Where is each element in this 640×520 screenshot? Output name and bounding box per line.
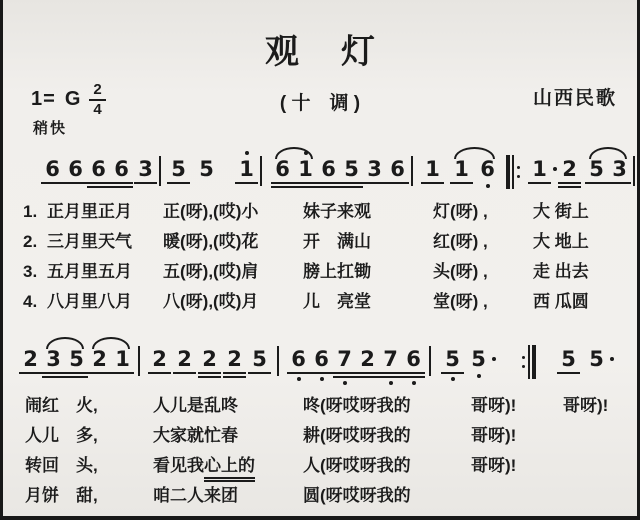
lyric-cell: 月饼 甜, bbox=[25, 481, 153, 506]
beam-line bbox=[317, 186, 340, 188]
beam-line bbox=[585, 182, 608, 184]
lyric-cell: 膀上扛锄 bbox=[303, 257, 433, 282]
lyric-cell: 正月里正月 bbox=[47, 197, 163, 222]
note-digit: 1 bbox=[531, 158, 548, 180]
beam-line bbox=[87, 186, 110, 188]
barline bbox=[260, 156, 262, 186]
repeat-dots bbox=[517, 166, 520, 178]
lyric-cell: 大家就忙春 bbox=[153, 421, 303, 446]
verse-number: 4. bbox=[23, 292, 47, 312]
lyric-cell: 头(呀) , bbox=[433, 257, 533, 282]
music-line-1: 666635516165361161253 bbox=[41, 144, 640, 198]
octave-dot-high bbox=[245, 151, 249, 155]
source-label: 山西民歌 bbox=[533, 83, 617, 110]
beam-line bbox=[333, 376, 356, 378]
barline bbox=[429, 346, 431, 376]
beam-line bbox=[65, 376, 88, 378]
lyric-cell: 儿 亮堂 bbox=[303, 287, 433, 312]
slur-group: 35 bbox=[42, 348, 88, 388]
barline bbox=[159, 156, 161, 186]
lyric-cell: 哥呀)! bbox=[471, 451, 563, 476]
note-digit: 6 bbox=[320, 158, 337, 180]
note-digit: 2 bbox=[201, 348, 218, 370]
octave-dot-low bbox=[412, 381, 416, 385]
note-digit: 3 bbox=[366, 158, 383, 180]
beam-line bbox=[110, 186, 133, 188]
slur-arc bbox=[92, 337, 130, 349]
lyric-cell: 五(呀),(哎)肩 bbox=[163, 257, 303, 282]
note: 2 bbox=[226, 348, 243, 388]
beam-line bbox=[87, 182, 110, 184]
beam-line bbox=[294, 186, 317, 188]
note-digit: 1 bbox=[238, 158, 255, 180]
lyric-cell: 哥呀)! bbox=[563, 391, 631, 416]
beam-line bbox=[223, 372, 246, 374]
note-digit: 6 bbox=[405, 348, 422, 370]
note: 5 bbox=[251, 348, 268, 388]
note-digit: 3 bbox=[611, 158, 628, 180]
note: 6 bbox=[67, 158, 84, 198]
note: 5 bbox=[588, 348, 605, 388]
lyric-row: 4.八月里八月八(呀),(哎)月儿 亮堂堂(呀) ,西 瓜圆 bbox=[3, 287, 631, 317]
repeat-dot bbox=[522, 356, 525, 359]
note: 5 bbox=[198, 158, 215, 198]
lyric-cell: 人(呀哎呀我的 bbox=[303, 451, 471, 476]
beam-line bbox=[340, 182, 363, 184]
note: 6 bbox=[313, 348, 330, 388]
beam-line bbox=[65, 372, 88, 374]
note: 1 bbox=[297, 158, 314, 198]
beam-line bbox=[294, 182, 317, 184]
lyric-row: 2.三月里天气暖(呀),(哎)花开 满山红(呀) ,大 地上 bbox=[3, 227, 631, 257]
lyric-cell: 看见我心上的 bbox=[153, 451, 303, 482]
note-digit: 6 bbox=[67, 158, 84, 180]
note-digit: 3 bbox=[45, 348, 62, 370]
note-digit: 5 bbox=[343, 158, 360, 180]
lyric-cell: 闹红 火, bbox=[25, 391, 153, 416]
lyric-cell: 圆(呀哎呀我的 bbox=[303, 481, 471, 506]
repeat-begin-sign bbox=[505, 155, 522, 189]
beam-line bbox=[111, 372, 134, 374]
note-digit: 1 bbox=[453, 158, 470, 180]
underlined-lyric: 心上的 bbox=[204, 456, 255, 482]
note: 2 bbox=[151, 348, 168, 388]
note-digit: 2 bbox=[151, 348, 168, 370]
beam-line bbox=[167, 182, 190, 184]
beam-line bbox=[41, 182, 64, 184]
beam-line bbox=[173, 372, 196, 374]
beam-line bbox=[421, 182, 444, 184]
note-digit: 2 bbox=[359, 348, 376, 370]
lyric-row: 1.正月里正月正(呀),(哎)小妹子来观灯(呀) ,大 街上 bbox=[3, 197, 631, 227]
note: 1 bbox=[424, 158, 441, 198]
note: 1 bbox=[531, 158, 548, 198]
note: 6 bbox=[290, 348, 307, 388]
lyric-cell: 五月里五月 bbox=[47, 257, 163, 282]
slur-group: 61 bbox=[271, 158, 317, 198]
note: 3 bbox=[611, 158, 628, 198]
beam-line bbox=[198, 376, 221, 378]
verse-number: 3. bbox=[23, 262, 47, 282]
note-digit: 5 bbox=[170, 158, 187, 180]
beam-line bbox=[248, 372, 271, 374]
beam-line bbox=[557, 372, 580, 374]
repeat-thin-bar bbox=[512, 155, 514, 189]
note: 5 bbox=[170, 158, 187, 198]
note: 5 bbox=[343, 158, 360, 198]
lyric-cell: 开 满山 bbox=[303, 227, 433, 252]
sheet-music-page: 观灯 1= G 2 4 ( 十 调 ) 山西民歌 稍快 666635516165… bbox=[0, 0, 640, 520]
lyric-cell: 红(呀) , bbox=[433, 227, 533, 252]
beam-line bbox=[64, 182, 87, 184]
note: 6 bbox=[405, 348, 422, 388]
note-digit: 5 bbox=[588, 158, 605, 180]
beam-line bbox=[379, 372, 402, 374]
barline bbox=[633, 156, 635, 186]
note-digit: 2 bbox=[226, 348, 243, 370]
note-digit: 5 bbox=[470, 348, 487, 370]
note-digit: 3 bbox=[137, 158, 154, 180]
beam-line bbox=[148, 372, 171, 374]
note-digit: 2 bbox=[91, 348, 108, 370]
note: 5 bbox=[470, 348, 487, 388]
note-digit: 5 bbox=[68, 348, 85, 370]
note: 6 bbox=[274, 158, 291, 198]
note-digit: 6 bbox=[479, 158, 496, 180]
music-line-2: 23521222256672765555 bbox=[19, 334, 640, 388]
lyric-cell: 暖(呀),(哎)花 bbox=[163, 227, 303, 252]
beam-line bbox=[42, 372, 65, 374]
slur-arc bbox=[589, 147, 627, 159]
note-digit: 6 bbox=[389, 158, 406, 180]
lyric-row: 3.五月里五月五(呀),(哎)肩膀上扛锄头(呀) ,走 出去 bbox=[3, 257, 631, 287]
note: 6 bbox=[44, 158, 61, 198]
lyric-cell: 走 出去 bbox=[533, 257, 631, 282]
note: 5 bbox=[68, 348, 85, 388]
slur-arc bbox=[46, 337, 84, 349]
note-digit: 6 bbox=[290, 348, 307, 370]
beam-line bbox=[271, 186, 294, 188]
octave-dot-low bbox=[320, 377, 324, 381]
note: 6 bbox=[90, 158, 107, 198]
beam-line bbox=[528, 182, 551, 184]
lyric-cell: 妹子来观 bbox=[303, 197, 433, 222]
octave-dot-low bbox=[343, 381, 347, 385]
beam-line bbox=[558, 186, 581, 188]
note: 2 bbox=[22, 348, 39, 388]
repeat-dot bbox=[517, 166, 520, 169]
note: 2 bbox=[201, 348, 218, 388]
note-digit: 2 bbox=[176, 348, 193, 370]
beam-line bbox=[356, 372, 379, 374]
note: 6 bbox=[113, 158, 130, 198]
lyric-cell: 咚(呀哎呀我的 bbox=[303, 391, 471, 416]
note: 2 bbox=[176, 348, 193, 388]
lyric-cell: 哥呀)! bbox=[471, 391, 563, 416]
lyric-cell: 哥呀)! bbox=[471, 421, 563, 446]
note: 5 bbox=[444, 348, 461, 388]
beam-line bbox=[42, 376, 65, 378]
beam-line bbox=[271, 182, 294, 184]
lyric-cell: 人儿 多, bbox=[25, 421, 153, 446]
lyric-cell: 三月里天气 bbox=[47, 227, 163, 252]
beam-line bbox=[198, 372, 221, 374]
note-digit: 6 bbox=[44, 158, 61, 180]
beam-line bbox=[608, 182, 631, 184]
barline bbox=[277, 346, 279, 376]
augmentation-dot bbox=[610, 357, 614, 361]
note-digit: 5 bbox=[560, 348, 577, 370]
lyric-cell: 大 街上 bbox=[533, 197, 631, 222]
augmentation-dot bbox=[492, 357, 496, 361]
octave-dot-low bbox=[389, 381, 393, 385]
refrain-block: 闹红 火,人儿是乱咚咚(呀哎呀我的哥呀)!哥呀)!人儿 多,大家就忙春耕(呀哎呀… bbox=[3, 391, 631, 511]
beam-line bbox=[450, 182, 473, 184]
beam-line bbox=[310, 372, 333, 374]
beam-line bbox=[287, 372, 310, 374]
underlined-lyric-text: 心上的 bbox=[204, 457, 255, 479]
final-barline bbox=[636, 345, 640, 379]
beam-line bbox=[88, 372, 111, 374]
note: 6 bbox=[479, 158, 496, 198]
verse-number: 2. bbox=[23, 232, 47, 252]
note: 2 bbox=[359, 348, 376, 388]
barline bbox=[411, 156, 413, 186]
beam-line bbox=[134, 182, 157, 184]
note-digit: 1 bbox=[297, 158, 314, 180]
verses-block: 1.正月里正月正(呀),(哎)小妹子来观灯(呀) ,大 街上2.三月里天气暖(呀… bbox=[3, 197, 631, 317]
lyric-cell: 咱二人来团 bbox=[153, 481, 303, 506]
note: 3 bbox=[45, 348, 62, 388]
note-digit: 6 bbox=[313, 348, 330, 370]
beam-line bbox=[235, 182, 258, 184]
octave-dot-low bbox=[297, 377, 301, 381]
note: 5 bbox=[588, 158, 605, 198]
beam-line bbox=[402, 376, 425, 378]
beam-line bbox=[340, 186, 363, 188]
beam-line bbox=[333, 372, 356, 374]
note: 2 bbox=[561, 158, 578, 198]
lyric-cell: 堂(呀) , bbox=[433, 287, 533, 312]
lyric-cell: 大 地上 bbox=[533, 227, 631, 252]
note: 6 bbox=[389, 158, 406, 198]
repeat-thick-bar bbox=[532, 345, 536, 379]
lyric-cell: 人儿是乱咚 bbox=[153, 391, 303, 416]
beam-line bbox=[379, 376, 402, 378]
song-title: 观灯 bbox=[3, 24, 640, 73]
lyric-cell: 正(呀),(哎)小 bbox=[163, 197, 303, 222]
repeat-dots bbox=[522, 356, 525, 368]
lyric-row: 闹红 火,人儿是乱咚咚(呀哎呀我的哥呀)!哥呀)! bbox=[3, 391, 631, 421]
repeat-thick-bar bbox=[506, 155, 510, 189]
lyric-row: 人儿 多,大家就忙春耕(呀哎呀我的哥呀)! bbox=[3, 421, 631, 451]
repeat-dot bbox=[517, 175, 520, 178]
beam-line bbox=[317, 182, 340, 184]
slur-arc bbox=[454, 147, 495, 159]
note: 1 bbox=[114, 348, 131, 388]
note-digit: 7 bbox=[336, 348, 353, 370]
note: 5 bbox=[560, 348, 577, 388]
beam-line bbox=[386, 182, 409, 184]
note-digit: 2 bbox=[22, 348, 39, 370]
repeat-dot bbox=[522, 365, 525, 368]
octave-dot-low bbox=[486, 184, 490, 188]
lyric-cell: 八月里八月 bbox=[47, 287, 163, 312]
beam-line bbox=[223, 376, 246, 378]
note: 1 bbox=[238, 158, 255, 198]
lyric-cell: 耕(呀哎呀我的 bbox=[303, 421, 471, 446]
lyric-cell: 灯(呀) , bbox=[433, 197, 533, 222]
verse-number: 1. bbox=[23, 202, 47, 222]
note-digit: 5 bbox=[251, 348, 268, 370]
slur-group: 16 bbox=[450, 158, 499, 198]
final-thin-bar bbox=[637, 345, 639, 379]
note-digit: 7 bbox=[382, 348, 399, 370]
lyric-row: 转回 头,看见我心上的人(呀哎呀我的哥呀)! bbox=[3, 451, 631, 481]
beam-line bbox=[19, 372, 42, 374]
note-digit: 6 bbox=[90, 158, 107, 180]
note-digit: 2 bbox=[561, 158, 578, 180]
slur-group: 53 bbox=[585, 158, 631, 198]
beam-line bbox=[558, 182, 581, 184]
note-digit: 5 bbox=[198, 158, 215, 180]
repeat-end-sign bbox=[520, 345, 537, 379]
note-digit: 5 bbox=[444, 348, 461, 370]
note: 1 bbox=[453, 158, 470, 198]
repeat-thin-bar bbox=[528, 345, 530, 379]
beam-line bbox=[356, 376, 379, 378]
octave-dot-low bbox=[477, 374, 481, 378]
note: 3 bbox=[137, 158, 154, 198]
note-digit: 1 bbox=[114, 348, 131, 370]
augmentation-dot bbox=[553, 167, 557, 171]
barline bbox=[138, 346, 140, 376]
slur-group: 21 bbox=[88, 348, 134, 388]
note-digit: 5 bbox=[588, 348, 605, 370]
beam-line bbox=[441, 372, 464, 374]
beam-line bbox=[110, 182, 133, 184]
note-digit: 6 bbox=[274, 158, 291, 180]
note: 7 bbox=[336, 348, 353, 388]
lyric-cell: 八(呀),(哎)月 bbox=[163, 287, 303, 312]
note: 6 bbox=[320, 158, 337, 198]
lyric-cell: 西 瓜圆 bbox=[533, 287, 631, 312]
lyric-row: 月饼 甜,咱二人来团圆(呀哎呀我的 bbox=[3, 481, 631, 511]
beam-line bbox=[402, 372, 425, 374]
note: 2 bbox=[91, 348, 108, 388]
note-digit: 1 bbox=[424, 158, 441, 180]
note: 3 bbox=[366, 158, 383, 198]
beam-line bbox=[363, 182, 386, 184]
tempo-marking: 稍快 bbox=[33, 117, 67, 138]
lyric-cell: 转回 头, bbox=[25, 451, 153, 476]
note: 7 bbox=[382, 348, 399, 388]
note-digit: 6 bbox=[113, 158, 130, 180]
octave-dot-low bbox=[451, 377, 455, 381]
slur-arc bbox=[275, 147, 313, 159]
